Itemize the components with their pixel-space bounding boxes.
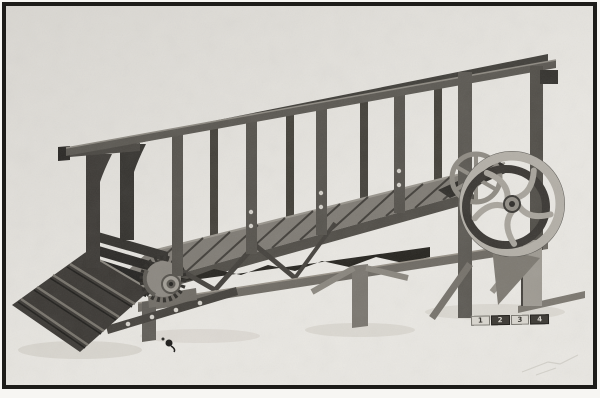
scale-segment-4: 4: [530, 314, 549, 324]
photographic-scale-bar: 1 2 3 4: [471, 314, 549, 326]
vintage-photo-page: { "figure": { "description": "Black-and-…: [0, 0, 600, 398]
scale-segment-3: 3: [510, 315, 529, 325]
emulsion-mottle: [6, 6, 593, 385]
photograph: [0, 0, 600, 398]
scale-segment-2: 2: [491, 315, 510, 325]
scale-segment-1: 1: [471, 315, 490, 325]
